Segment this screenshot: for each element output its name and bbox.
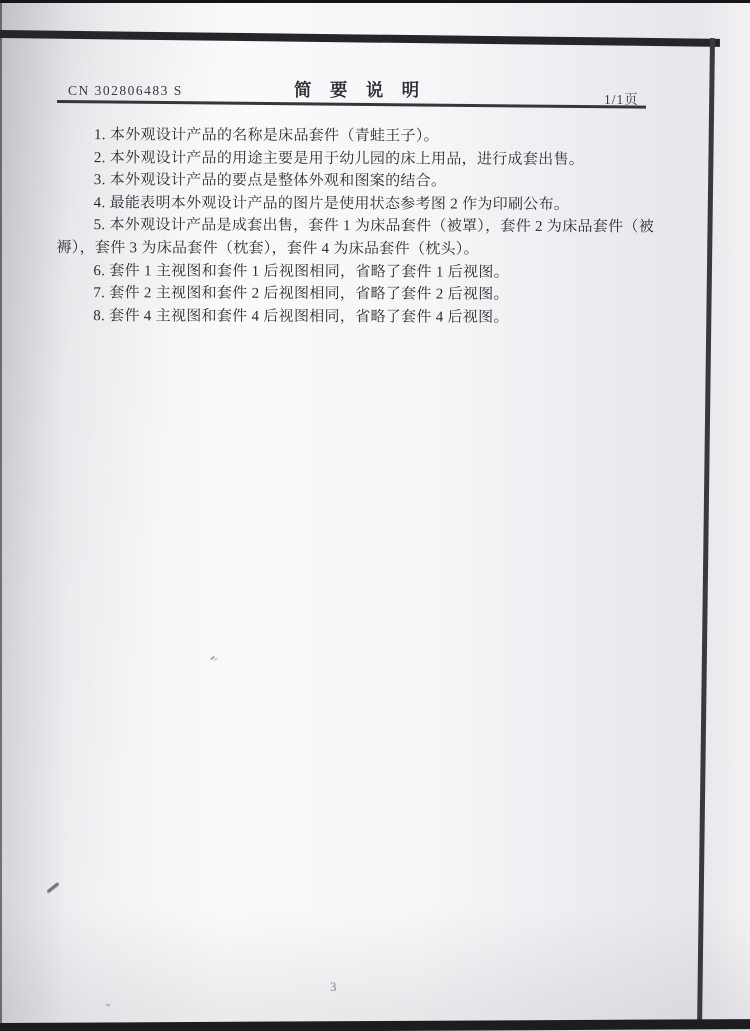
description-item-8: 8. 套件 4 主视图和套件 4 后视图相同，省略了套件 4 后视图。 xyxy=(56,305,668,330)
description-item-1: 1. 本外观设计产品的名称是床品套件（青蛙王子）。 xyxy=(57,124,669,149)
description-item-2: 2. 本外观设计产品的用途主要是用于幼儿园的床上用品，进行成套出售。 xyxy=(57,147,669,172)
description-item-3: 3. 本外观设计产品的要点是整体外观和图案的结合。 xyxy=(57,169,669,194)
scanned-document-page: CN 302806483 S 简 要 说 明 1/1页 1. 本外观设计产品的名… xyxy=(0,0,750,1031)
page-number: 3 xyxy=(330,979,338,995)
page-title: 简 要 说 明 xyxy=(294,77,423,102)
description-item-7: 7. 套件 2 主视图和套件 2 后视图相同，省略了套件 2 后视图。 xyxy=(56,282,668,307)
patent-number: CN 302806483 S xyxy=(68,83,183,99)
scan-edge-left xyxy=(0,0,2,1031)
scan-edge-bottom xyxy=(0,1019,750,1031)
scan-speckle xyxy=(210,656,215,661)
description-item-4: 4. 最能表明本外观设计产品的图片是使用状态参考图 2 作为印刷公布。 xyxy=(57,192,669,217)
copy-border-top xyxy=(0,30,720,47)
description-item-6: 6. 套件 1 主视图和套件 1 后视图相同，省略了套件 1 后视图。 xyxy=(56,260,668,285)
description-item-5: 5. 本外观设计产品是成套出售，套件 1 为床品套件（被罩），套件 2 为床品套… xyxy=(56,214,668,262)
description-body: 1. 本外观设计产品的名称是床品套件（青蛙王子）。 2. 本外观设计产品的用途主… xyxy=(56,124,669,330)
copy-border-right xyxy=(697,38,715,1024)
scan-speckle xyxy=(47,882,60,893)
scan-edge-top xyxy=(0,0,750,3)
scan-speckle xyxy=(106,1003,110,1006)
